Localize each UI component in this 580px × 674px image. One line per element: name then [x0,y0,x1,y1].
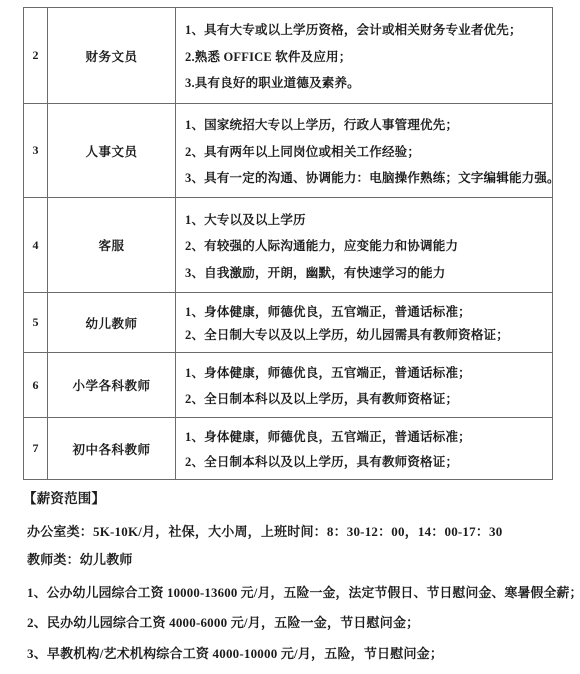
salary-teacher-line: 教师类：幼儿教师 [27,549,133,568]
table-row: 4 客服 1、大专以及以上学历 2、有较强的人际沟通能力，应变能力和协调能力 3… [24,197,552,292]
requirements-cell: 1、具有大专或以上学历资格，会计或相关财务专业者优先； 2.熟悉 OFFICE … [176,8,552,103]
requirement-line: 1、身体健康，师德优良，五官端正，普通话标准； [185,302,546,320]
table-row: 7 初中各科教师 1、身体健康，师德优良，五官端正，普通话标准； 2、全日制本科… [24,417,552,479]
row-number-cell: 4 [24,198,48,292]
table-row: 5 幼儿教师 1、身体健康，师德优良，五官端正，普通话标准； 2、全日制大专以及… [24,292,552,352]
row-number-cell: 7 [24,418,48,479]
job-title-cell: 初中各科教师 [48,418,176,479]
salary-office-line: 办公室类：5K-10K/月，社保，大小周，上班时间：8：30-12：00，14：… [27,521,502,540]
job-title-cell: 财务文员 [48,8,176,103]
requirement-line: 2、具有两年以上同岗位或相关工作经验； [185,142,560,160]
requirement-line: 1、大专以及以上学历 [185,210,546,228]
salary-early-education-line: 3、早教机构/艺术机构综合工资 4000-10000 元/月，五险，节日慰问金； [27,643,443,662]
row-number-cell: 2 [24,8,48,103]
row-number-cell: 6 [24,353,48,417]
requirement-line: 1、身体健康，师德优良，五官端正，普通话标准； [185,427,546,445]
table-row: 2 财务文员 1、具有大专或以上学历资格，会计或相关财务专业者优先； 2.熟悉 … [24,8,552,103]
requirement-line: 3、具有一定的沟通、协调能力：电脑操作熟练；文字编辑能力强。 [185,168,560,186]
requirements-cell: 1、大专以及以上学历 2、有较强的人际沟通能力，应变能力和协调能力 3、自我激励… [176,198,552,292]
requirements-cell: 1、身体健康，师德优良，五官端正，普通话标准； 2、全日制本科以及以上学历，具有… [176,353,552,417]
table-row: 3 人事文员 1、国家统招大专以上学历，行政人事管理优先； 2、具有两年以上同岗… [24,103,552,197]
requirement-line: 1、身体健康，师德优良，五官端正，普通话标准； [185,363,546,381]
job-title-cell: 小学各科教师 [48,353,176,417]
requirement-line: 3、自我激励，开朗，幽默，有快速学习的能力 [185,263,546,281]
requirement-line: 2、全日制本科以及以上学历，具有教师资格证； [185,452,546,470]
requirement-line: 1、具有大专或以上学历资格，会计或相关财务专业者优先； [185,20,546,38]
job-title-cell: 幼儿教师 [48,293,176,352]
requirement-line: 2、全日制本科以及以上学历，具有教师资格证； [185,389,546,407]
requirements-cell: 1、身体健康，师德优良，五官端正，普通话标准； 2、全日制本科以及以上学历，具有… [176,418,552,479]
requirement-line: 2、有较强的人际沟通能力，应变能力和协调能力 [185,236,546,254]
salary-private-kindergarten-line: 2、民办幼儿园综合工资 4000-6000 元/月，五险一金，节日慰问金； [27,612,419,631]
job-title-cell: 人事文员 [48,104,176,197]
salary-section-heading: 【薪资范围】 [23,487,105,507]
job-positions-table: 2 财务文员 1、具有大专或以上学历资格，会计或相关财务专业者优先； 2.熟悉 … [23,7,553,480]
requirement-line: 3.具有良好的职业道德及素养。 [185,73,546,91]
requirement-line: 2.熟悉 OFFICE 软件及应用； [185,47,546,65]
row-number-cell: 5 [24,293,48,352]
requirement-line: 2、全日制大专以及以上学历，幼儿园需具有教师资格证； [185,325,546,343]
salary-public-kindergarten-line: 1、公办幼儿园综合工资 10000-13600 元/月，五险一金，法定节假日、节… [27,582,580,601]
requirements-cell: 1、身体健康，师德优良，五官端正，普通话标准； 2、全日制大专以及以上学历，幼儿… [176,293,552,352]
requirements-cell: 1、国家统招大专以上学历，行政人事管理优先； 2、具有两年以上同岗位或相关工作经… [176,104,566,197]
row-number-cell: 3 [24,104,48,197]
requirement-line: 1、国家统招大专以上学历，行政人事管理优先； [185,115,560,133]
job-title-cell: 客服 [48,198,176,292]
table-row: 6 小学各科教师 1、身体健康，师德优良，五官端正，普通话标准； 2、全日制本科… [24,352,552,417]
job-posting-document: { "table": { "rows": [ { "num": "2", "ti… [0,0,580,674]
